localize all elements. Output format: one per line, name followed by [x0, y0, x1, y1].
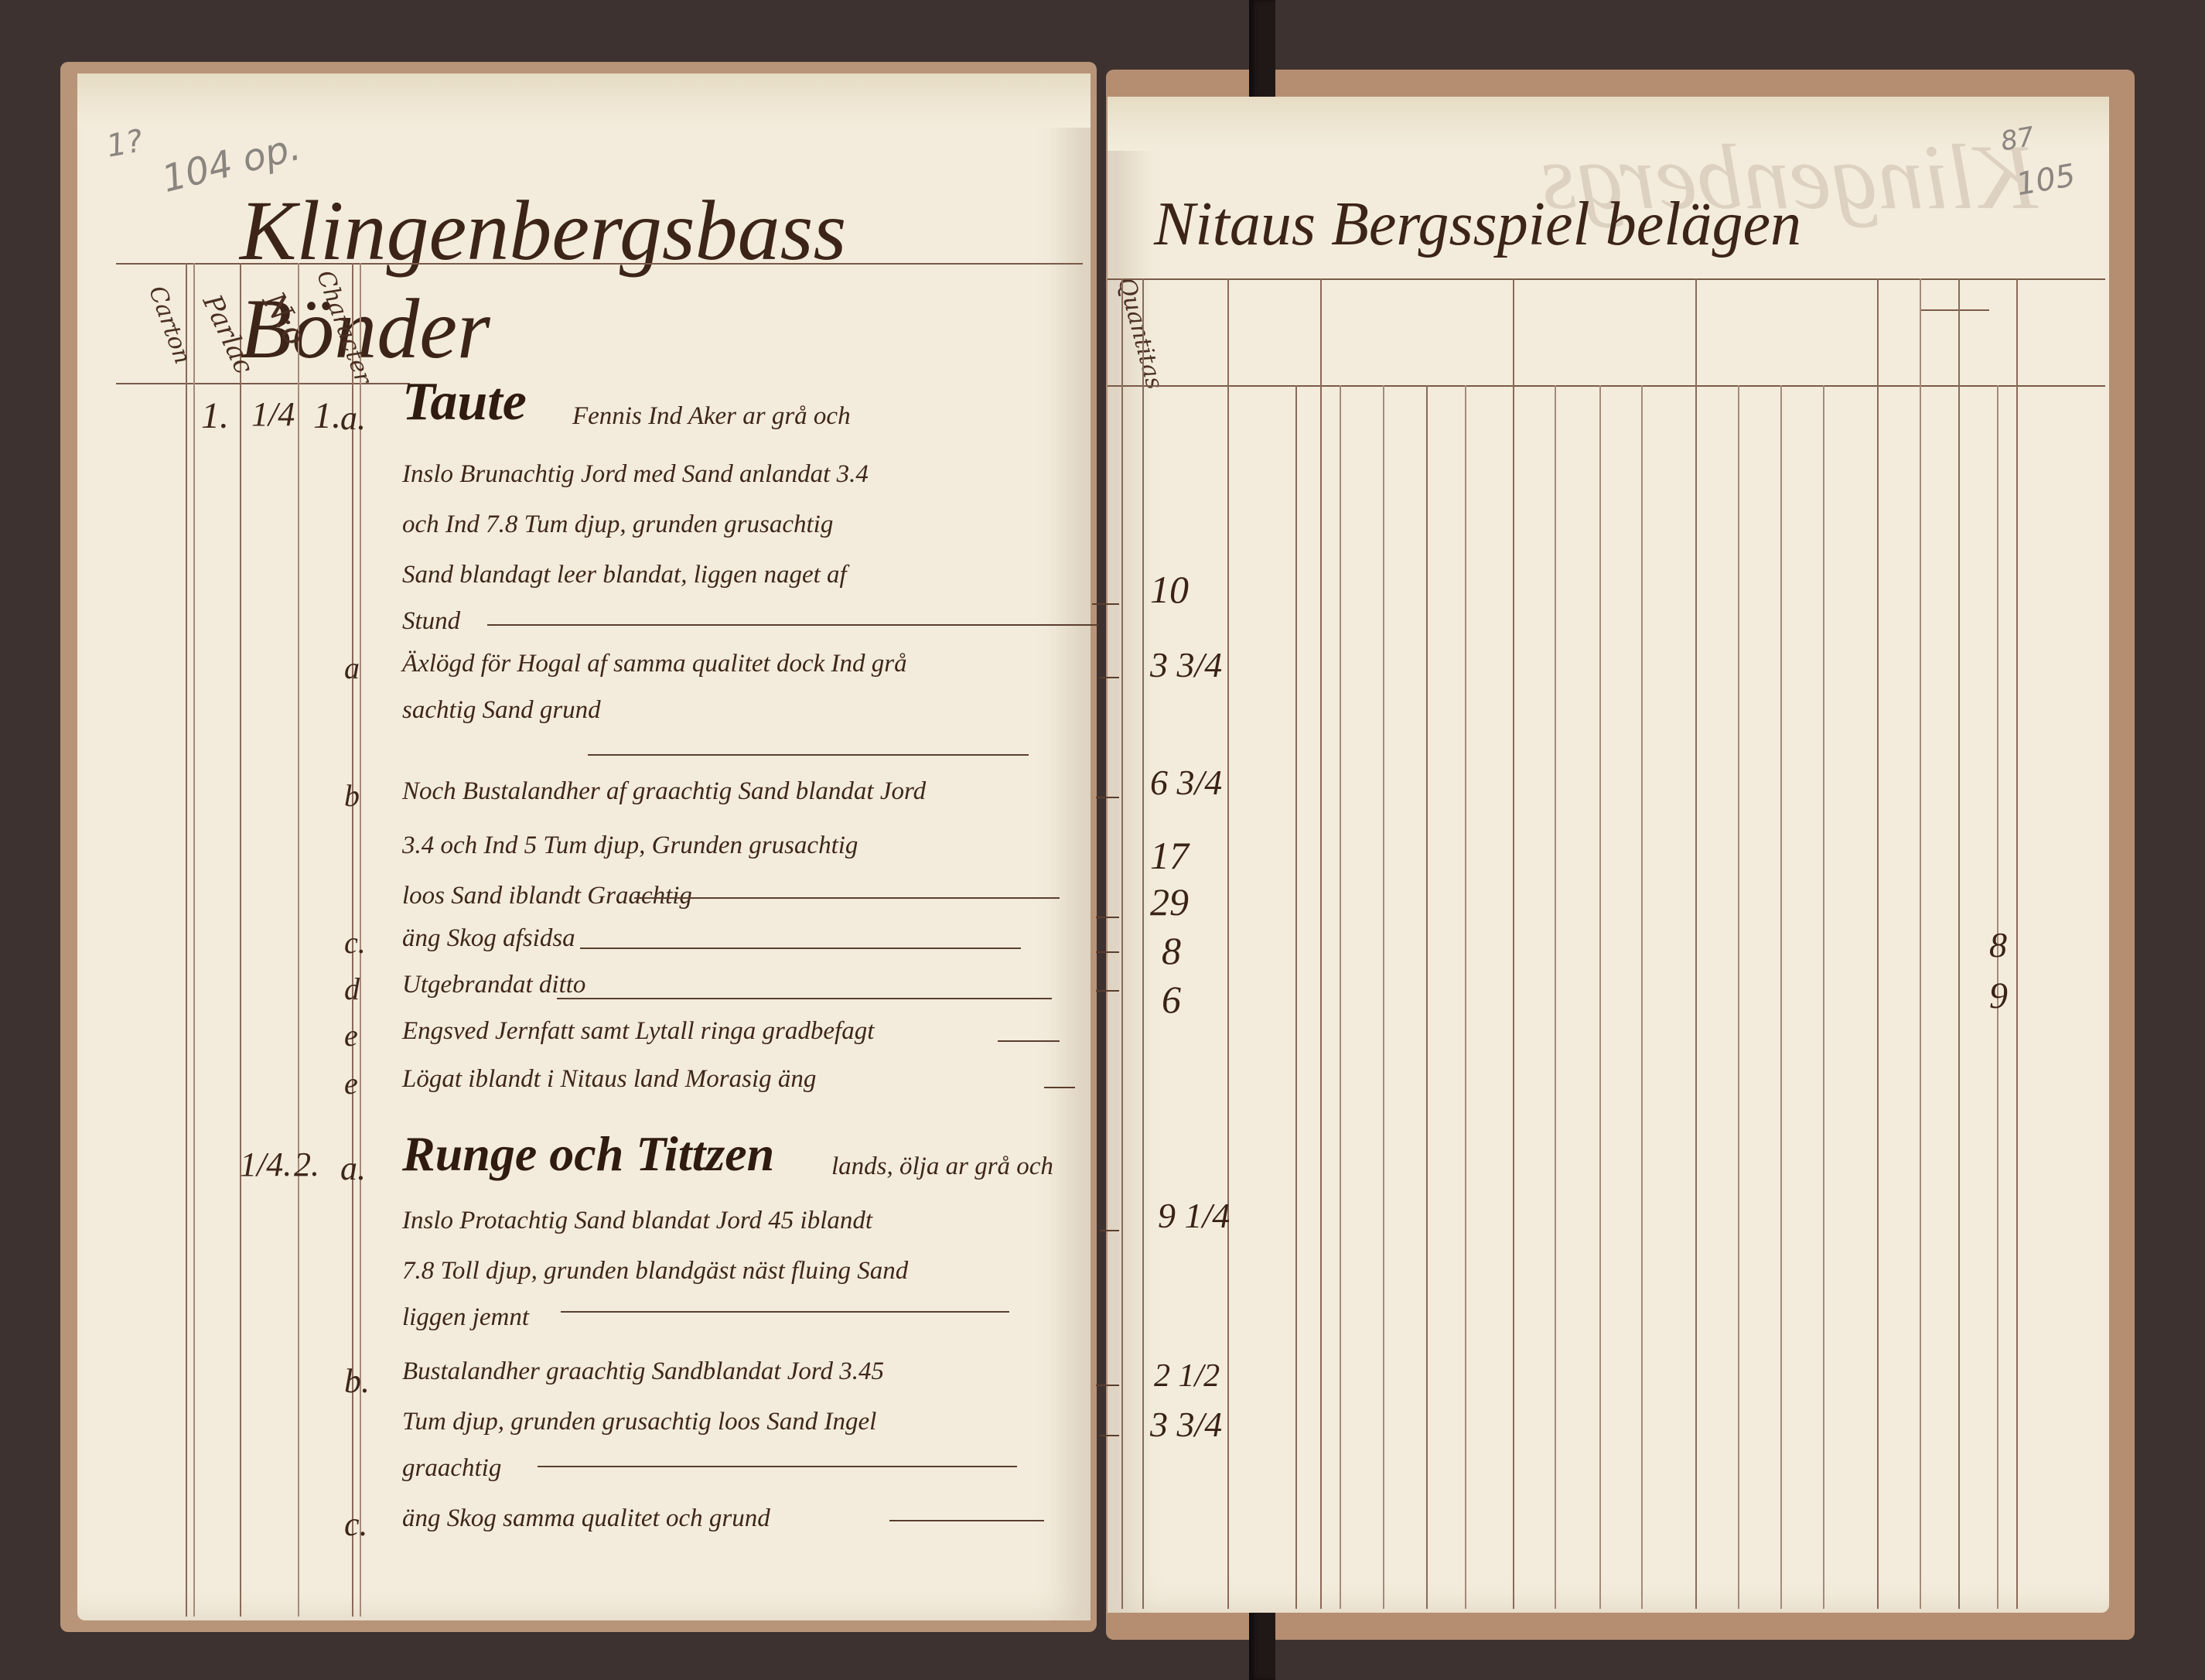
- column-rule: [1877, 278, 1879, 1609]
- far-right-value: 8: [1989, 924, 2007, 965]
- pencil-folio-top: 87: [1998, 121, 2037, 158]
- column-rule: [1695, 278, 1697, 1609]
- page-edge: [77, 73, 1091, 128]
- carton-value: 1.: [201, 394, 229, 437]
- entry-dash-rule: [889, 1520, 1044, 1521]
- column-rule: [2016, 278, 2018, 1609]
- right-page: Klingenbergs 87 105 Nitaus Bergsspiel be…: [1108, 97, 2109, 1613]
- entry-dash-rule: [580, 948, 1021, 949]
- entry-line: Tum djup, grunden grusachtig loos Sand I…: [402, 1408, 876, 1436]
- header-rule: [1108, 278, 2105, 280]
- quantity-value: 2 1/2: [1154, 1357, 1220, 1395]
- character-value: c.: [344, 1504, 368, 1544]
- far-right-value: 9: [1989, 975, 2008, 1017]
- tick-mark: [1096, 917, 1119, 918]
- quantity-value: 3 3/4: [1150, 1404, 1222, 1445]
- header-subrule: [1920, 309, 1989, 311]
- entry-line: 3.4 och Ind 5 Tum djup, Grunden grusacht…: [402, 831, 858, 860]
- tick-mark: [1096, 990, 1119, 992]
- entry-line: äng Skog afsidsa: [402, 924, 575, 953]
- tick-mark: [1096, 1385, 1119, 1386]
- quantity-value: 17: [1150, 833, 1189, 878]
- entry-dash-rule: [634, 897, 1060, 899]
- tick-mark: [1096, 797, 1119, 798]
- pencil-margin-mark: 1?: [104, 123, 145, 164]
- column-rule: [1555, 385, 1556, 1609]
- entry-dash-rule: [588, 754, 1029, 756]
- entry-line: sachtig Sand grund: [402, 696, 601, 725]
- parlac-value: 1/4: [251, 394, 295, 434]
- entry-line: lands, ölja ar grå och: [831, 1152, 1053, 1181]
- page-title: Nitaus Bergsspiel belägen: [1154, 190, 1801, 260]
- character-value: e: [344, 1017, 358, 1053]
- parlac-value: 1/4.: [240, 1145, 292, 1184]
- entry-line: Inslo Brunachtig Jord med Sand anlandat …: [402, 460, 869, 489]
- quantity-value: 6: [1162, 977, 1181, 1022]
- entry-line: Bustalandher graachtig Sandblandat Jord …: [402, 1357, 884, 1386]
- tick-mark: [1100, 1230, 1119, 1231]
- entry-line: Utgebrandat ditto: [402, 971, 585, 999]
- character-value: a.: [340, 398, 366, 438]
- entry-line: graachtig: [402, 1454, 501, 1483]
- column-rule: [1383, 385, 1384, 1609]
- entry-line: Inslo Protachtig Sand blandat Jord 45 ib…: [402, 1207, 872, 1235]
- entry-line: 7.8 Toll djup, grunden blandgäst näst fl…: [402, 1257, 908, 1286]
- tick-mark: [1100, 1435, 1119, 1436]
- entry-line: Noch Bustalandher af graachtig Sand blan…: [402, 777, 926, 806]
- quantity-value: 8: [1162, 928, 1181, 973]
- tick-mark: [1092, 603, 1119, 605]
- character-value: d: [344, 971, 360, 1007]
- header-rule: [116, 263, 1083, 265]
- column-rule: [1295, 385, 1297, 1609]
- column-rule: [1426, 385, 1428, 1609]
- quantity-value: 6 3/4: [1150, 762, 1222, 803]
- entry-dash-rule: [557, 998, 1052, 999]
- entry-line: Lögat iblandt i Nitaus land Morasig äng: [402, 1065, 816, 1094]
- left-page: 1? 104 op. Klingenbergsbass Bönder Carto…: [77, 73, 1091, 1620]
- column-rule: [193, 263, 195, 1617]
- column-rule: [1465, 385, 1466, 1609]
- quantity-value: 9 1/4: [1158, 1195, 1230, 1236]
- entry-line: äng Skog samma qualitet och grund: [402, 1504, 770, 1533]
- column-rule: [1320, 278, 1322, 1609]
- entry-line: Sand blandagt leer blandat, liggen naget…: [402, 561, 847, 589]
- title-text: Nitaus Bergsspiel belägen: [1154, 190, 1801, 258]
- column-rule: [298, 263, 299, 1617]
- column-rule: [1340, 385, 1341, 1609]
- column-rule: [1513, 278, 1514, 1609]
- header-rule-bottom: [116, 383, 410, 384]
- character-value: c.: [344, 924, 366, 961]
- entry-dash-rule: [1044, 1087, 1075, 1088]
- entry-line: Fennis Ind Aker ar grå och: [572, 402, 851, 431]
- entry-line: loos Sand iblandt Graachtig: [402, 882, 692, 910]
- number-value: 2.: [294, 1145, 319, 1184]
- column-rule: [1599, 385, 1601, 1609]
- column-rule: [1780, 385, 1782, 1609]
- column-rule: [1227, 278, 1229, 1609]
- entry-line: Stund: [402, 607, 460, 636]
- column-rule: [1958, 278, 1960, 1609]
- page-title: Klingenbergsbass Bönder: [240, 182, 1091, 378]
- entry-name: Taute: [402, 371, 527, 433]
- number-value: 1.: [313, 394, 341, 437]
- column-rule: [1738, 385, 1739, 1609]
- column-rule: [1823, 385, 1824, 1609]
- entry-dash-rule: [561, 1311, 1009, 1313]
- character-value: b.: [344, 1361, 370, 1401]
- column-rule: [186, 263, 187, 1617]
- entry-dash-rule: [998, 1040, 1060, 1042]
- column-rule: [1920, 278, 1921, 1609]
- entry-line: liggen jemnt: [402, 1303, 529, 1332]
- entry-line: och Ind 7.8 Tum djup, grunden grusachtig: [402, 510, 833, 539]
- entry-line: Engsved Jernfatt samt Lytall ringa gradb…: [402, 1017, 874, 1046]
- entry-line: Äxlögd för Hogal af samma qualitet dock …: [402, 650, 907, 678]
- column-header-carton: Carton: [143, 282, 196, 367]
- tick-mark: [1096, 951, 1119, 953]
- column-rule: [240, 263, 241, 1617]
- quantity-value: 3 3/4: [1150, 644, 1222, 685]
- character-value: a: [344, 650, 360, 686]
- tick-mark: [1100, 677, 1119, 678]
- quantity-value: 10: [1150, 567, 1189, 612]
- column-rule: [1121, 278, 1123, 1609]
- header-rule-bottom: [1108, 385, 2105, 387]
- column-header-quantitas: Quantitas: [1112, 275, 1168, 392]
- character-value: e: [344, 1065, 358, 1101]
- quantity-value: 29: [1150, 879, 1189, 924]
- column-rule: [1142, 278, 1144, 1609]
- character-value: a.: [340, 1149, 366, 1188]
- entry-name: Runge och Tittzen: [402, 1125, 774, 1183]
- entry-dash-rule: [487, 624, 1098, 626]
- column-rule: [1641, 385, 1643, 1609]
- entry-dash-rule: [538, 1466, 1017, 1467]
- character-value: b: [344, 777, 360, 814]
